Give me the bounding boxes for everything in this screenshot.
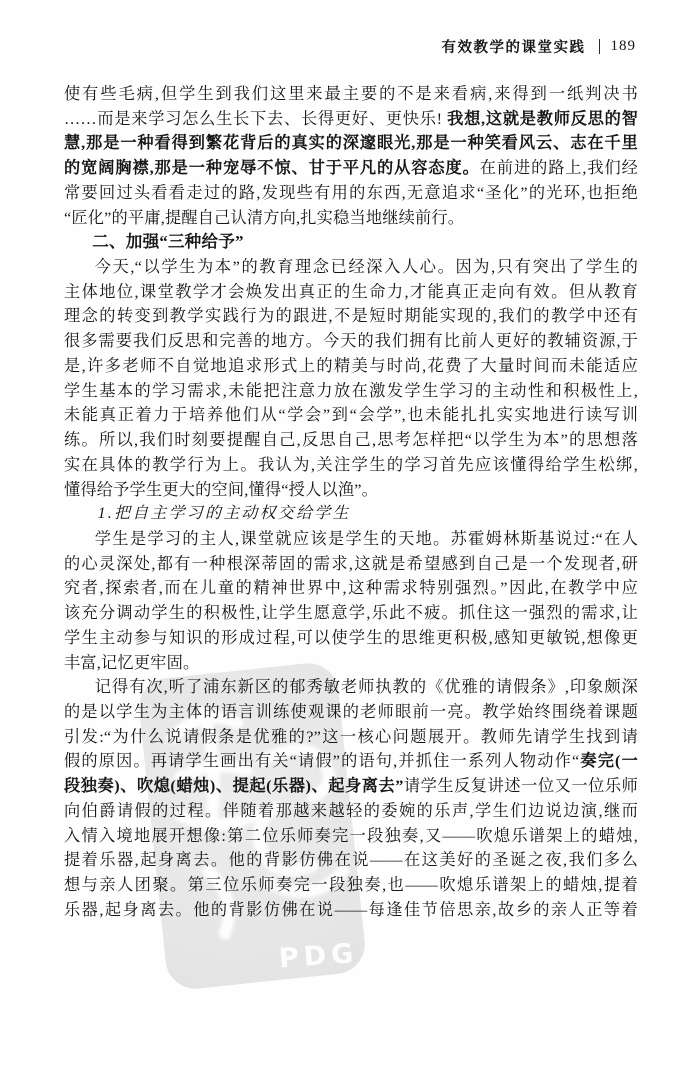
text-run: 实在具体的教学行为上。我认为,关注学生的学习首先应该懂得给学生松绑, [64, 456, 638, 474]
text-line: 常要回过头看看走过的路,发现些有用的东西,无意追求“圣化”的光环,也拒绝 [64, 181, 638, 206]
text-line: 假的原因。再请学生画出有关“请假”的语句,并抓住一系列人物动作“奏完(一 [64, 749, 638, 774]
text-run: 奏完(一 [579, 752, 638, 770]
text-line: 主体地位,课堂教学才会焕发出真正的生命力,才能真正走向有效。但从教育 [64, 280, 638, 305]
text-line: 学生主动参与知识的形成过程,可以使学生的思维更积极,感知更敏锐,想像更 [64, 626, 638, 651]
text-run: 入情入境地展开想像:第二位乐师奏完一段独奏,又——吹熄乐谱架上的蜡烛, [64, 827, 638, 845]
text-run: 是,许多老师不自觉地追求形式上的精美与时尚,花费了大量时间而未能适应 [64, 357, 638, 375]
text-run: 二、加强“三种给予” [92, 232, 243, 251]
text-run: 想与亲人团聚。第三位乐师奏完一段独奏,也——吹熄乐谱架上的蜡烛,提着 [64, 876, 638, 894]
watermark-label: PDG [278, 938, 359, 974]
body-text: 使有些毛病,但学生到我们这里来最主要的不是来看病,来得到一纸判决书……而是来学习… [64, 82, 638, 922]
header-divider [599, 39, 600, 54]
text-run: 常要回过头看看走过的路,发现些有用的东西,无意追求“圣化”的光环,也拒绝 [64, 184, 638, 202]
text-run: 的是以学生为主体的语言训练使观课的老师眼前一亮。教学始终围绕着课题 [64, 703, 638, 721]
text-line: 的宽阔胸襟,那是一种宠辱不惊、甘于平凡的从容态度。在前进的路上,我们经 [64, 156, 638, 181]
text-run: 向伯爵请假的过程。伴随着那越来越轻的委婉的乐声,学生们边说边演,继而 [64, 802, 638, 820]
text-run: 理念的转变到教学实践行为的跟进,不是短时期能实现的,我们的教学中还有 [64, 307, 638, 325]
text-run: 1.把自主学习的主动权交给学生 [98, 505, 351, 522]
text-line: 提着乐器,起身离去。他的背影仿佛在说——在这美好的圣诞之夜,我们多么 [64, 848, 638, 873]
text-run: 假的原因。再请学生画出有关“请假”的语句,并抓住一系列人物动作“ [64, 752, 579, 770]
text-line: 是,许多老师不自觉地追求形式上的精美与时尚,花费了大量时间而未能适应 [64, 354, 638, 379]
text-line: 实在具体的教学行为上。我认为,关注学生的学习首先应该懂得给学生松绑, [64, 453, 638, 478]
running-header: 有效教学的课堂实践 189 [442, 36, 637, 57]
text-run: 引发:“为什么说请假条是优雅的?”这一核心问题展开。教师先请学生找到请 [64, 728, 638, 746]
text-run: 今天,“以学生为本”的教育理念已经深入人心。因为,只有突出了学生的 [95, 258, 638, 276]
book-page: 有效教学的课堂实践 189 PDG 使有些毛病,但学生到我们这里来最主 [0, 0, 700, 1074]
text-run: 很多需要我们反思和完善的地方。今天的我们拥有比前人更好的教辅资源,于 [64, 332, 638, 350]
text-run: 提着乐器,起身离去。他的背影仿佛在说——在这美好的圣诞之夜,我们多么 [64, 851, 638, 869]
text-line: 使有些毛病,但学生到我们这里来最主要的不是来看病,来得到一纸判决书 [64, 82, 638, 107]
text-run: 未能真正着力于培养他们从“学会”到“会学”,也未能扎扎实实地进行读写训 [64, 406, 638, 424]
text-run: ……而是来学习怎么生长下去、长得更好、更快乐! [64, 110, 447, 128]
text-line: 究者,探索者,而在儿童的精神世界中,这种需求特别强烈。”因此,在教学中应 [64, 576, 638, 601]
text-run: 学生是学习的主人,课堂就应该是学生的天地。苏霍姆林斯基说过:“在人 [95, 530, 638, 548]
text-run: 记得有次,听了浦东新区的郁秀敏老师执教的《优雅的请假条》,印象颇深 [95, 678, 638, 696]
section-heading: 二、加强“三种给予” [64, 230, 638, 255]
text-line: 慧,那是一种看得到繁花背后的真实的深邃眼光,那是一种笑看风云、志在千里 [64, 131, 638, 156]
text-run: 请学生反复讲述一位又一位乐师 [404, 777, 638, 795]
header-page-number: 189 [611, 38, 637, 55]
text-line: 学生是学习的主人,课堂就应该是学生的天地。苏霍姆林斯基说过:“在人 [64, 527, 638, 552]
text-line: 的是以学生为主体的语言训练使观课的老师眼前一亮。教学始终围绕着课题 [64, 700, 638, 725]
text-line: 记得有次,听了浦东新区的郁秀敏老师执教的《优雅的请假条》,印象颇深 [64, 675, 638, 700]
text-line: 很多需要我们反思和完善的地方。今天的我们拥有比前人更好的教辅资源,于 [64, 329, 638, 354]
text-run: 学生基本的学习需求,未能把注意力放在激发学生学习的主动性和积极性上, [64, 382, 638, 400]
subsection-heading: 1.把自主学习的主动权交给学生 [64, 502, 638, 527]
text-run: 在前进的路上,我们经 [480, 159, 638, 177]
text-run: 段独奏)、吹熄(蜡烛)、提起(乐器)、起身离去” [64, 777, 404, 795]
text-run: 懂得给予学生更大的空间,懂得“授人以渔”。 [64, 481, 378, 499]
text-run: 乐器,起身离去。他的背影仿佛在说——每逢佳节倍思亲,故乡的亲人正等着 [64, 901, 638, 919]
text-line: 学生基本的学习需求,未能把注意力放在激发学生学习的主动性和积极性上, [64, 379, 638, 404]
text-run: “匠化”的平庸,提醒自己认清方向,扎实稳当地继续前行。 [64, 209, 464, 227]
text-run: 主体地位,课堂教学才会焕发出真正的生命力,才能真正走向有效。但从教育 [64, 283, 638, 301]
text-line: 练。所以,我们时刻要提醒自己,反思自己,思考怎样把“以学生为本”的思想落 [64, 428, 638, 453]
text-line: 段独奏)、吹熄(蜡烛)、提起(乐器)、起身离去”请学生反复讲述一位又一位乐师 [64, 774, 638, 799]
text-line: 丰富,记忆更牢固。 [64, 651, 638, 676]
text-line: 未能真正着力于培养他们从“学会”到“会学”,也未能扎扎实实地进行读写训 [64, 403, 638, 428]
text-run: 丰富,记忆更牢固。 [64, 654, 199, 672]
text-run: 的宽阔胸襟,那是一种宠辱不惊、甘于平凡的从容态度。 [64, 159, 480, 177]
text-run: 学生主动参与知识的形成过程,可以使学生的思维更积极,感知更敏锐,想像更 [64, 629, 638, 647]
text-line: 向伯爵请假的过程。伴随着那越来越轻的委婉的乐声,学生们边说边演,继而 [64, 799, 638, 824]
text-run: 练。所以,我们时刻要提醒自己,反思自己,思考怎样把“以学生为本”的思想落 [64, 431, 638, 449]
text-line: 的心灵深处,都有一种根深蒂固的需求,这就是希望感到自己是一个发现者,研 [64, 552, 638, 577]
text-line: 乐器,起身离去。他的背影仿佛在说——每逢佳节倍思亲,故乡的亲人正等着 [64, 898, 638, 923]
text-run: 慧,那是一种看得到繁花背后的真实的深邃眼光,那是一种笑看风云、志在千里 [64, 134, 638, 152]
text-run: 该充分调动学生的积极性,让学生愿意学,乐此不疲。抓住这一强烈的需求,让 [64, 604, 638, 622]
text-line: 入情入境地展开想像:第二位乐师奏完一段独奏,又——吹熄乐谱架上的蜡烛, [64, 824, 638, 849]
text-run: 使有些毛病,但学生到我们这里来最主要的不是来看病,来得到一纸判决书 [64, 85, 638, 103]
text-line: 引发:“为什么说请假条是优雅的?”这一核心问题展开。教师先请学生找到请 [64, 725, 638, 750]
text-run: 究者,探索者,而在儿童的精神世界中,这种需求特别强烈。”因此,在教学中应 [64, 579, 638, 597]
text-line: 想与亲人团聚。第三位乐师奏完一段独奏,也——吹熄乐谱架上的蜡烛,提着 [64, 873, 638, 898]
text-run: 我想,这就是教师反思的智 [447, 110, 638, 128]
text-run: 的心灵深处,都有一种根深蒂固的需求,这就是希望感到自己是一个发现者,研 [64, 555, 638, 573]
text-line: ……而是来学习怎么生长下去、长得更好、更快乐! 我想,这就是教师反思的智 [64, 107, 638, 132]
text-line: 今天,“以学生为本”的教育理念已经深入人心。因为,只有突出了学生的 [64, 255, 638, 280]
text-line: 懂得给予学生更大的空间,懂得“授人以渔”。 [64, 478, 638, 503]
text-line: “匠化”的平庸,提醒自己认清方向,扎实稳当地继续前行。 [64, 206, 638, 231]
text-line: 该充分调动学生的积极性,让学生愿意学,乐此不疲。抓住这一强烈的需求,让 [64, 601, 638, 626]
text-line: 理念的转变到教学实践行为的跟进,不是短时期能实现的,我们的教学中还有 [64, 304, 638, 329]
header-title: 有效教学的课堂实践 [442, 36, 586, 57]
